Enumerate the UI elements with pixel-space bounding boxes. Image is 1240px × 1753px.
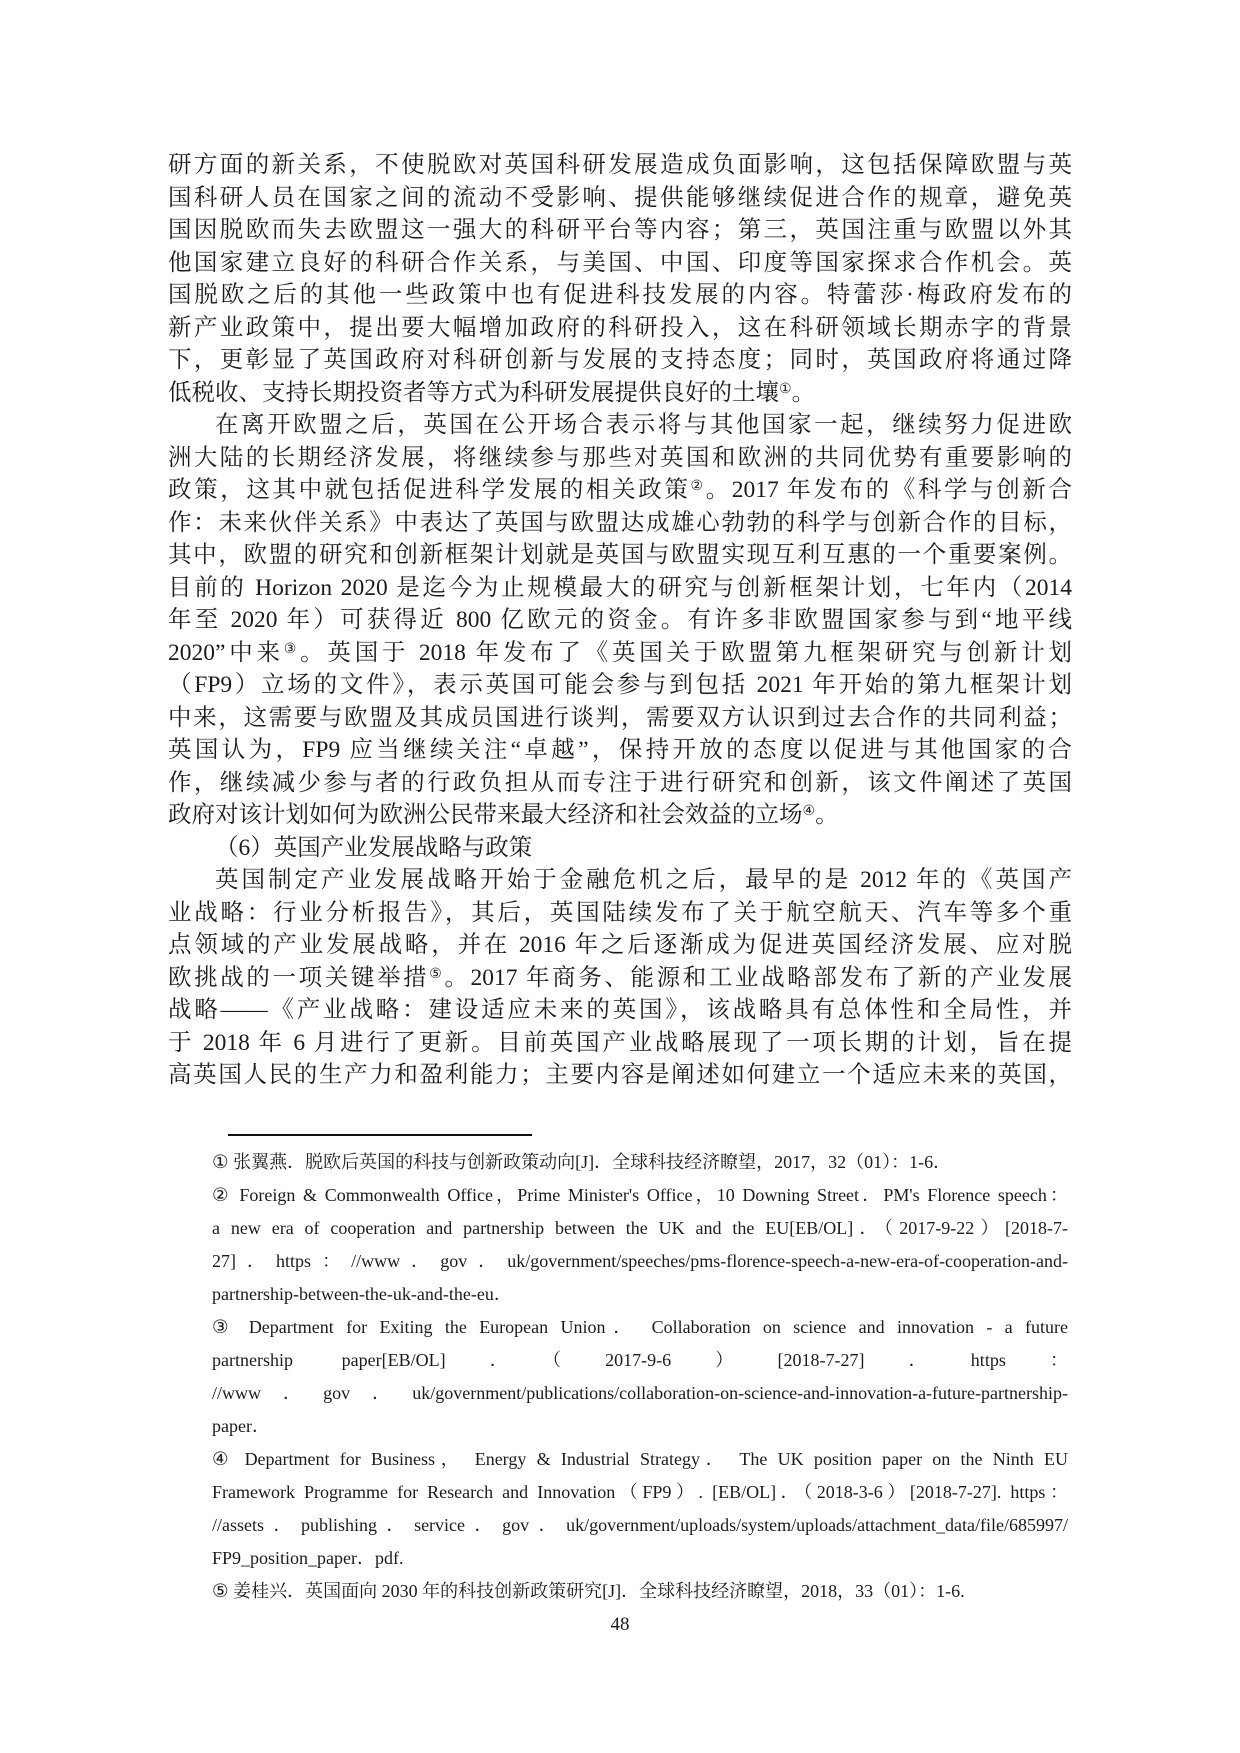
body-line: 国科研人员在国家之间的流动不受影响、提供能够继续促进合作的规章，避免英 — [168, 182, 1072, 215]
body-line: 作：未来伙伴关系》中表达了英国与欧盟达成雄心勃勃的科学与创新合作的目标， — [168, 507, 1072, 540]
footnote-line: ④ Department for Business， Energy & Indu… — [212, 1443, 1068, 1476]
body-line: 业战略：行业分析报告》，其后，英国陆续发布了关于航空航天、汽车等多个重 — [168, 897, 1072, 930]
body-line: 他国家建立良好的科研合作关系，与美国、中国、印度等国家探求合作机会。英 — [168, 247, 1072, 280]
footnote-line: FP9_position_paper．pdf. — [212, 1542, 1068, 1575]
body-line: 国脱欧之后的其他一些政策中也有促进科技发展的内容。特蕾莎·梅政府发布的 — [168, 279, 1072, 312]
body-text: 研方面的新关系，不使脱欧对英国科研发展造成负面影响，这包括保障欧盟与英国科研人员… — [168, 149, 1072, 1092]
footnote-line: ③ Department for Exiting the European Un… — [212, 1311, 1068, 1344]
body-line: 作，继续减少参与者的行政负担从而专注于进行研究和创新，该文件阐述了英国 — [168, 767, 1072, 800]
footnote-ref: ③ — [284, 642, 300, 657]
body-line: 英国制定产业发展战略开始于金融危机之后，最早的是 2012 年的《英国产 — [168, 864, 1072, 897]
footnote-ref: ① — [779, 382, 792, 397]
footnote-marker: ② — [212, 1186, 232, 1206]
body-line: 中来，这需要与欧盟及其成员国进行谈判，需要双方认识到过去合作的共同利益； — [168, 702, 1072, 735]
footnote-line: ① 张翼燕．脱欧后英国的科技与创新政策动向[J]．全球科技经济瞭望，2017，3… — [212, 1146, 1068, 1179]
body-line: 政策，这其中就包括促进科学发展的相关政策②。2017 年发布的《科学与创新合 — [168, 474, 1072, 507]
body-line: 研方面的新关系，不使脱欧对英国科研发展造成负面影响，这包括保障欧盟与英 — [168, 149, 1072, 182]
body-line: 2020”中来③。英国于 2018 年发布了《英国关于欧盟第九框架研究与创新计划 — [168, 637, 1072, 670]
footnote-line: partnership paper[EB/OL]．（2017-9-6）[2018… — [212, 1344, 1068, 1377]
body-line: 洲大陆的长期经济发展，将继续参与那些对英国和欧洲的共同优势有重要影响的 — [168, 442, 1072, 475]
section-heading: （6）英国产业发展战略与政策 — [168, 832, 1072, 865]
footnote-marker: ③ — [212, 1318, 236, 1338]
footnote-separator — [228, 1134, 532, 1136]
footnote-ref: ④ — [803, 804, 816, 819]
body-line: 在离开欧盟之后，英国在公开场合表示将与其他国家一起，继续努力促进欧 — [168, 409, 1072, 442]
footnote-line: 27]．https：//www．gov．uk/government/speech… — [212, 1245, 1068, 1278]
body-line: 新产业政策中，提出要大幅增加政府的科研投入，这在科研领域长期赤字的背景 — [168, 312, 1072, 345]
body-line: 低税收、支持长期投资者等方式为科研发展提供良好的土壤①。 — [168, 377, 1072, 410]
page-number: 48 — [0, 1612, 1240, 1638]
footnote-line: ⑤ 姜桂兴．英国面向 2030 年的科技创新政策研究[J]．全球科技经济瞭望，2… — [212, 1575, 1068, 1608]
footnote-line: ② Foreign & Commonwealth Office，Prime Mi… — [212, 1179, 1068, 1212]
body-line: 战略——《产业战略：建设适应未来的英国》，该战略具有总体性和全局性，并 — [168, 994, 1072, 1027]
footnote-line: //www．gov．uk/government/publications/col… — [212, 1377, 1068, 1410]
body-line: 高英国人民的生产力和盈利能力；主要内容是阐述如何建立一个适应未来的英国， — [168, 1059, 1072, 1092]
footnote-line: //assets．publishing．service．gov．uk/gover… — [212, 1509, 1068, 1542]
footnote-line: paper． — [212, 1410, 1068, 1443]
body-line: 于 2018 年 6 月进行了更新。目前英国产业战略展现了一项长期的计划，旨在提 — [168, 1027, 1072, 1060]
body-line: 欧挑战的一项关键举措⑤。2017 年商务、能源和工业战略部发布了新的产业发展 — [168, 962, 1072, 995]
footnote-ref: ② — [690, 479, 705, 494]
footnotes-section: ① 张翼燕．脱欧后英国的科技与创新政策动向[J]．全球科技经济瞭望，2017，3… — [212, 1146, 1068, 1608]
body-line: （FP9）立场的文件》，表示英国可能会参与到包括 2021 年开始的第九框架计划 — [168, 669, 1072, 702]
footnote-line: partnership-between-the-uk-and-the-eu． — [212, 1278, 1068, 1311]
body-line: 年至 2020 年）可获得近 800 亿欧元的资金。有许多非欧盟国家参与到“地平… — [168, 604, 1072, 637]
footnote-marker: ① — [212, 1153, 229, 1173]
body-line: 下，更彰显了英国政府对科研创新与发展的支持态度；同时，英国政府将通过降 — [168, 344, 1072, 377]
document-page: 研方面的新关系，不使脱欧对英国科研发展造成负面影响，这包括保障欧盟与英国科研人员… — [0, 0, 1240, 1753]
footnote-marker: ⑤ — [212, 1582, 229, 1602]
body-line: 其中，欧盟的研究和创新框架计划就是英国与欧盟实现互利互惠的一个重要案例。 — [168, 539, 1072, 572]
footnote-ref: ⑤ — [429, 967, 444, 982]
footnote-line: Framework Programme for Research and Inn… — [212, 1476, 1068, 1509]
body-line: 目前的 Horizon 2020 是迄今为止规模最大的研究与创新框架计划，七年内… — [168, 572, 1072, 605]
footnote-line: a new era of cooperation and partnership… — [212, 1212, 1068, 1245]
body-line: 点领域的产业发展战略，并在 2016 年之后逐渐成为促进英国经济发展、应对脱 — [168, 929, 1072, 962]
footnote-marker: ④ — [212, 1450, 234, 1470]
body-line: 政府对该计划如何为欧洲公民带来最大经济和社会效益的立场④。 — [168, 799, 1072, 832]
body-line: 国因脱欧而失去欧盟这一强大的科研平台等内容；第三，英国注重与欧盟以外其 — [168, 214, 1072, 247]
body-line: 英国认为，FP9 应当继续关注“卓越”，保持开放的态度以促进与其他国家的合 — [168, 734, 1072, 767]
